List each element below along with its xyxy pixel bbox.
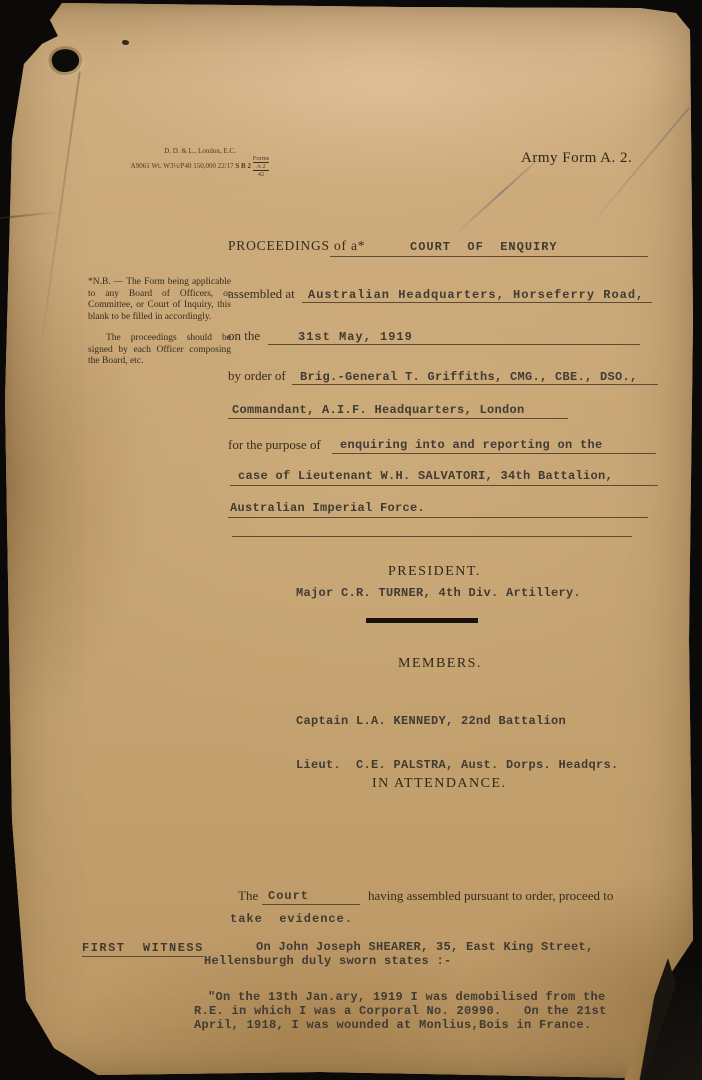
- margin-note: *N.B. — The Form being applicable to any…: [88, 277, 231, 368]
- attendance-heading: IN ATTENDANCE.: [372, 776, 507, 792]
- members-heading: MEMBERS.: [398, 656, 482, 672]
- assembled-label: assembled at: [228, 286, 295, 302]
- paper-speck: [122, 40, 129, 45]
- order-value2: Commandant, A.I.F. Headquarters, London: [232, 403, 525, 417]
- margin-note-para2: The proceedings should be signed by each…: [88, 333, 231, 368]
- president-name: Major C.R. TURNER, 4th Div. Artillery.: [296, 586, 581, 600]
- president-heading: PRESIDENT.: [388, 564, 481, 580]
- order-label: by order of: [228, 368, 286, 384]
- blank-form-rule: [232, 536, 632, 537]
- proceedings-pre: The: [238, 888, 258, 904]
- assembled-underline: [302, 302, 652, 303]
- purpose-value1: enquiring into and reporting on the: [340, 438, 603, 452]
- testimony-line2: R.E. in which I was a Corporal No. 20990…: [194, 1004, 607, 1018]
- testimony-line3: April, 1918, I was wounded at Monlius,Bo…: [194, 1018, 592, 1032]
- purpose-underline2: [230, 485, 658, 486]
- assembled-value: Australian Headquarters, Horseferry Road…: [308, 288, 644, 302]
- form-reference: Army Form A. 2.: [521, 150, 632, 167]
- proceedings-post: having assembled pursuant to order, proc…: [368, 888, 613, 904]
- witness-line1: On John Joseph SHEARER, 35, East King St…: [256, 940, 594, 954]
- order-underline: [292, 384, 658, 385]
- margin-note-para1: *N.B. — The Form being applicable to any…: [88, 277, 231, 323]
- proceedings-cont: take evidence.: [230, 912, 353, 926]
- imprint-code: S B 2: [235, 162, 251, 170]
- purpose-value2: case of Lieutenant W.H. SALVATORI, 34th …: [238, 469, 613, 483]
- order-value: Brig.-General T. Griffiths, CMG., CBE., …: [300, 370, 638, 384]
- testimony-line1: "On the 13th Jan.ary, 1919 I was demobil…: [208, 990, 606, 1004]
- title-printed: PROCEEDINGS of a*: [228, 238, 365, 254]
- purpose-underline1: [332, 453, 656, 454]
- date-value: 31st May, 1919: [298, 330, 413, 344]
- title-typed: COURT OF ENQUIRY: [410, 240, 558, 254]
- title-underline: [330, 256, 648, 257]
- scanned-document: D. D. & L., London, E.C. A9061 Wt. W3½/P…: [0, 0, 702, 1080]
- imprint-line1: D. D. & L., London, E.C.: [164, 147, 236, 155]
- member-row: Captain L.A. KENNEDY, 22nd Battalion: [296, 714, 619, 729]
- president-divider-bar: [366, 618, 478, 623]
- member-row: Lieut. C.E. PALSTRA, Aust. Dorps. Headqr…: [296, 758, 619, 773]
- witness-line2: Hellensburgh duly sworn states :-: [204, 954, 452, 968]
- printer-imprint: D. D. & L., London, E.C. A9061 Wt. W3½/P…: [95, 147, 305, 178]
- date-label: on the: [228, 328, 260, 344]
- purpose-value3: Australian Imperial Force.: [230, 501, 425, 515]
- first-witness-label: FIRST WITNESS: [82, 941, 204, 957]
- imprint-forms-stack: Forms A 2 42: [253, 155, 270, 178]
- imprint-line2: A9061 Wt. W3½/P40 150,000 22/17: [131, 162, 234, 170]
- order2-underline: [228, 418, 568, 419]
- purpose-label: for the purpose of: [228, 437, 321, 453]
- proceedings-typed: Court: [268, 889, 309, 903]
- purpose-underline3: [228, 517, 648, 518]
- proceedings-underline: [262, 904, 360, 905]
- date-underline: [268, 344, 640, 345]
